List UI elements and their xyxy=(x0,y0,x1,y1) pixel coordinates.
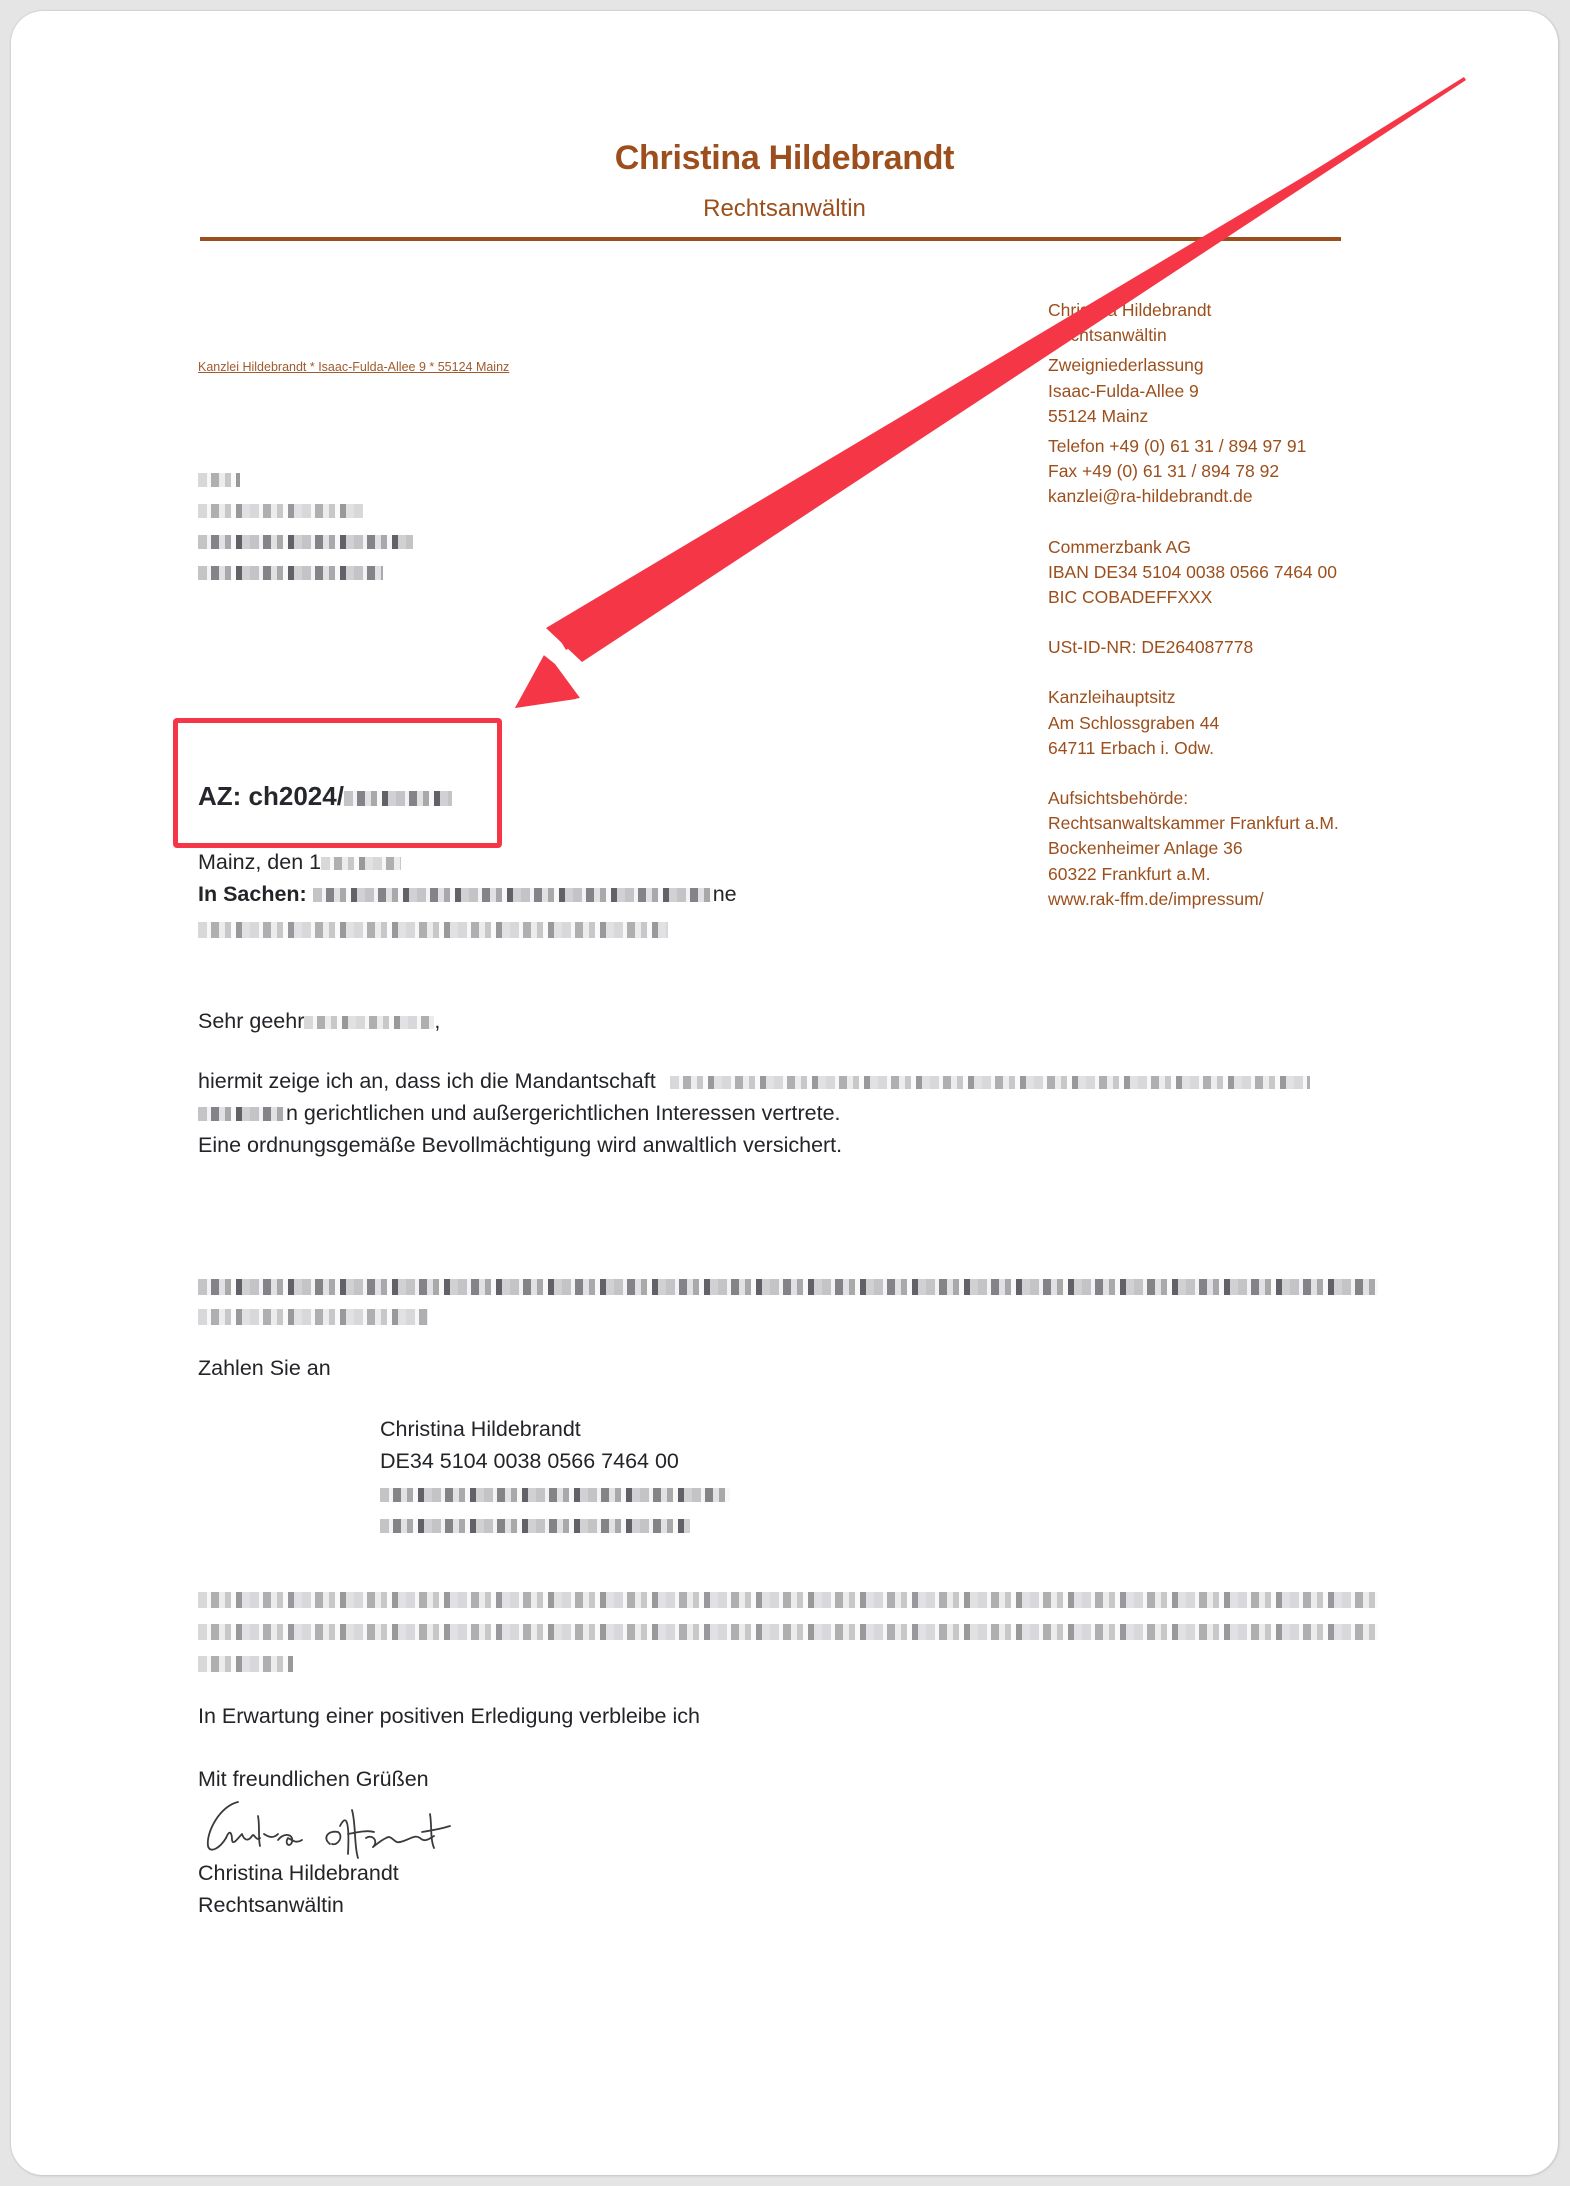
paragraph-1-line-3: Eine ordnungsgemäße Bevollmächtigung wir… xyxy=(198,1133,842,1158)
sidebar-branch-street: Isaac-Fulda-Allee 9 xyxy=(1048,379,1339,404)
redacted-block xyxy=(198,535,413,549)
redacted-line xyxy=(198,1309,428,1325)
redacted-subject-continued xyxy=(198,922,668,938)
sidebar-title: Rechtsanwältin xyxy=(1048,323,1339,348)
redacted-line xyxy=(198,1624,1378,1640)
p1-line2-text: n gerichtlichen und außergerichtlichen I… xyxy=(286,1101,841,1125)
redacted-payee-line xyxy=(380,1488,730,1502)
highlight-box xyxy=(173,718,502,848)
sidebar-hq-street: Am Schlossgraben 44 xyxy=(1048,711,1339,736)
payee-iban: DE34 5104 0038 0566 7464 00 xyxy=(380,1449,679,1474)
sidebar-authority-city: 60322 Frankfurt a.M. xyxy=(1048,862,1339,887)
handwritten-signature xyxy=(198,1794,488,1864)
sidebar-iban: IBAN DE34 5104 0038 0566 7464 00 xyxy=(1048,560,1339,585)
regards: Mit freundlichen Grüßen xyxy=(198,1767,429,1792)
payment-intro: Zahlen Sie an xyxy=(198,1356,331,1381)
signer-title: Rechtsanwältin xyxy=(198,1893,344,1918)
redacted-line xyxy=(198,1656,293,1672)
sidebar-bank: Commerzbank AG xyxy=(1048,535,1339,560)
salutation: Sehr geehr, xyxy=(198,1009,440,1034)
paragraph-1-line-1: hiermit zeige ich an, dass ich die Manda… xyxy=(198,1069,1310,1094)
subject-line-2 xyxy=(198,921,668,939)
letterhead-divider xyxy=(200,237,1341,241)
sidebar-fax: Fax +49 (0) 61 31 / 894 78 92 xyxy=(1048,459,1339,484)
sidebar-branch-city: 55124 Mainz xyxy=(1048,404,1339,429)
paragraph-1-line-2: n gerichtlichen und außergerichtlichen I… xyxy=(198,1101,841,1126)
sidebar-vat-id: USt-ID-NR: DE264087778 xyxy=(1048,635,1339,660)
sender-return-address: Kanzlei Hildebrandt * Isaac-Fulda-Allee … xyxy=(198,360,509,374)
subject-label: In Sachen: xyxy=(198,882,307,906)
subject-suffix: ne xyxy=(713,882,737,906)
p1-line1-text: hiermit zeige ich an, dass ich die Manda… xyxy=(198,1069,656,1093)
redacted-line xyxy=(198,1592,1378,1608)
redacted-payee-line xyxy=(380,1519,690,1533)
redacted-client-name xyxy=(670,1076,1310,1089)
place-date-line: Mainz, den 1 xyxy=(198,850,401,875)
sidebar-name: Christina Hildebrandt xyxy=(1048,298,1339,323)
letter-page: Christina Hildebrandt Rechtsanwältin Kan… xyxy=(11,11,1558,2175)
salutation-text: Sehr geehr xyxy=(198,1009,304,1033)
letterhead-name: Christina Hildebrandt xyxy=(11,139,1558,178)
salutation-comma: , xyxy=(434,1009,440,1033)
sidebar-authority-name: Rechtsanwaltskammer Frankfurt a.M. xyxy=(1048,811,1339,836)
redacted-date xyxy=(321,857,401,870)
redacted-block xyxy=(198,566,383,580)
sidebar-branch-label: Zweigniederlassung xyxy=(1048,353,1339,378)
redacted-subject xyxy=(313,888,713,902)
sidebar-bic: BIC COBADEFFXXX xyxy=(1048,585,1339,610)
closing-line: In Erwartung einer positiven Erledigung … xyxy=(198,1704,700,1729)
signer-name: Christina Hildebrandt xyxy=(198,1861,399,1886)
sidebar-email: kanzlei@ra-hildebrandt.de xyxy=(1048,484,1339,509)
sidebar-hq-label: Kanzleihauptsitz xyxy=(1048,685,1339,710)
redacted-block xyxy=(198,504,363,518)
redacted-block xyxy=(198,473,240,487)
sidebar-authority-label: Aufsichtsbehörde: xyxy=(1048,786,1339,811)
sidebar-authority-web: www.rak-ffm.de/impressum/ xyxy=(1048,887,1339,912)
redacted-client-name-cont xyxy=(198,1107,286,1121)
payee-name: Christina Hildebrandt xyxy=(380,1417,581,1442)
place-date-text: Mainz, den 1 xyxy=(198,850,321,874)
subject-line: In Sachen:ne xyxy=(198,882,737,907)
sidebar-phone: Telefon +49 (0) 61 31 / 894 97 91 xyxy=(1048,434,1339,459)
letterhead-sidebar: Christina Hildebrandt Rechtsanwältin Zwe… xyxy=(1048,298,1339,912)
sidebar-authority-street: Bockenheimer Anlage 36 xyxy=(1048,836,1339,861)
redacted-salutation-name xyxy=(304,1016,434,1029)
sidebar-hq-city: 64711 Erbach i. Odw. xyxy=(1048,736,1339,761)
letterhead-profession: Rechtsanwältin xyxy=(11,195,1558,223)
redacted-line xyxy=(198,1279,1378,1295)
